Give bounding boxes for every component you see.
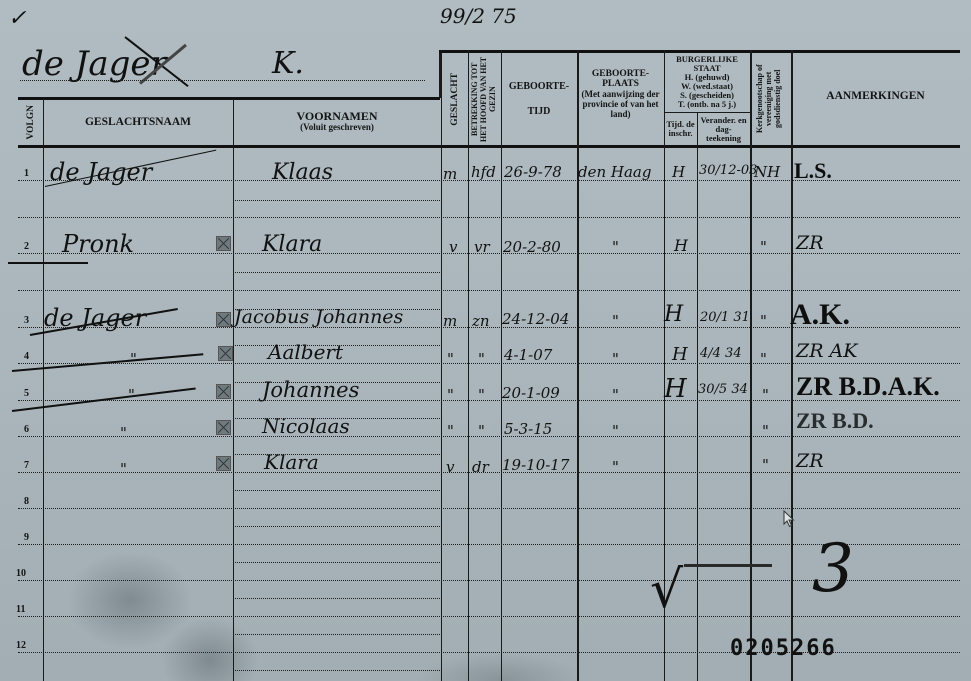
half-line	[235, 272, 440, 273]
header-burgerlijke-staat: BURGERLIJKE STAAT H. (gehuwd) W. (wed.st…	[664, 53, 750, 111]
row-line	[18, 436, 960, 437]
religion-cell: "	[760, 312, 767, 330]
row-line	[18, 290, 960, 291]
first-names-cell: Klara	[262, 232, 322, 257]
birth-date-cell: 4-1-07	[504, 346, 552, 364]
civil-status-cell: H	[672, 163, 685, 181]
status-change-cell: 30/12-03	[699, 163, 757, 178]
religion-cell: "	[762, 456, 769, 474]
half-line	[235, 634, 440, 635]
header-dotted-line	[20, 80, 425, 81]
header-volgn: VOLGN	[18, 100, 43, 144]
birth-date-cell: 20-1-09	[502, 384, 560, 402]
scribble-mark: 3	[812, 530, 854, 607]
civil-status-cell: H	[664, 302, 683, 327]
first-names-cell: Klara	[264, 450, 319, 474]
personal-card: ✓ 99/2 75 de Jager K. VOLGN GESLACHTSNAA…	[0, 0, 971, 681]
surname-cell: "	[120, 424, 127, 442]
header-aanmerkingen: AANMERKINGEN	[791, 54, 960, 138]
row-number: 6	[24, 424, 29, 435]
half-line	[235, 490, 440, 491]
surname-cell: Pronk	[62, 230, 134, 258]
row-number: 4	[24, 351, 29, 362]
first-names-cell: Jacobus Johannes	[234, 306, 403, 328]
relation-cell: "	[478, 350, 485, 368]
row-number: 12	[16, 640, 26, 651]
relation-cell: "	[478, 422, 485, 440]
sex-cell: "	[447, 422, 454, 440]
geboortetijd-line2: TIJD	[528, 106, 551, 117]
col-line	[750, 50, 752, 681]
birth-place-cell: "	[612, 350, 619, 368]
header-geboortetijd: GEBOORTE- TIJD	[501, 54, 577, 144]
check-mark: ✓	[8, 6, 26, 31]
religion-cell: "	[762, 386, 769, 404]
col-line	[697, 113, 698, 681]
remarks-cell: ZR	[796, 450, 824, 472]
checkbox-marked	[216, 420, 231, 435]
half-line	[235, 526, 440, 527]
birth-date-cell: 19-10-17	[502, 456, 569, 474]
relation-cell: "	[478, 386, 485, 404]
voornamen-label: VOORNAMEN	[296, 111, 377, 122]
col-line	[441, 50, 442, 681]
bs-t: T. (ontb. na 5 j.)	[678, 100, 736, 109]
sex-cell: v	[449, 238, 457, 256]
root-sign-mark: √	[650, 560, 683, 620]
birth-date-cell: 20-2-80	[503, 238, 561, 256]
row-number: 2	[24, 241, 29, 252]
row-number: 7	[24, 460, 29, 471]
row-number: 5	[24, 388, 29, 399]
header-geslachtsnaam: GESLACHTSNAAM	[43, 100, 233, 144]
row-number: 8	[24, 496, 29, 507]
row-number: 1	[24, 168, 29, 179]
remarks-stamp: ZR B.D.A.K.	[796, 372, 940, 402]
remarks-cell: ZR AK	[796, 340, 857, 362]
religion-cell: "	[760, 238, 767, 256]
checkbox-marked	[216, 384, 231, 399]
half-line	[235, 598, 440, 599]
remarks-stamp: A.K.	[790, 298, 850, 332]
relation-cell: hfd	[471, 163, 496, 181]
status-change-cell: 20/1 31	[700, 310, 750, 325]
half-line	[235, 200, 440, 201]
header-bottom-rule	[18, 145, 960, 148]
birth-place-cell: den Haag	[578, 163, 651, 181]
row-line	[18, 616, 960, 617]
religion-cell: NH	[754, 163, 780, 181]
bs-sub-rule	[664, 112, 750, 113]
voornamen-sub: (Voluit geschreven)	[300, 122, 374, 133]
remarks-stamp: L.S.	[794, 158, 832, 184]
birth-date-cell: 24-12-04	[502, 310, 569, 328]
row-line	[18, 217, 960, 218]
row-number: 10	[16, 568, 26, 579]
serial-number: 0205266	[730, 636, 837, 661]
civil-status-cell: H	[674, 236, 688, 255]
col-line	[501, 50, 502, 681]
birth-place-cell: "	[612, 312, 619, 330]
header-geboorteplaats: GEBOORTE- PLAATS (Met aanwijzing der pro…	[577, 64, 664, 124]
checkbox-marked	[216, 236, 231, 251]
header-verander: Verander. en dag- teekening	[697, 114, 750, 144]
birth-date-cell: 5-3-15	[504, 420, 552, 438]
checkbox-marked	[216, 312, 231, 327]
first-names-cell: Klaas	[272, 160, 333, 185]
status-change-cell: 30/5 34	[698, 382, 748, 397]
header-voornamen: VOORNAMEN (Voluit geschreven)	[233, 100, 441, 144]
sex-cell: "	[447, 350, 454, 368]
birth-place-cell: "	[612, 422, 619, 440]
checkbox-marked	[218, 346, 233, 361]
geboortetijd-line1: GEBOORTE-	[509, 81, 569, 92]
header-betrekking: BETREKKING TOT HET HOOFD VAN HET GEZIN	[468, 54, 501, 144]
religion-cell: "	[760, 350, 767, 368]
bs-title: BURGERLIJKE STAAT	[672, 55, 742, 73]
col-line	[233, 98, 234, 681]
relation-cell: zn	[472, 312, 490, 330]
religion-cell: "	[762, 422, 769, 440]
half-line	[235, 670, 440, 671]
first-names-cell: Aalbert	[268, 340, 343, 364]
half-line	[235, 562, 440, 563]
sex-cell: "	[447, 386, 454, 404]
col-line	[791, 50, 793, 681]
first-names-cell: Nicolaas	[262, 414, 350, 438]
row-number: 9	[24, 532, 29, 543]
checkbox-marked	[216, 456, 231, 471]
top-annotation: 99/2 75	[440, 4, 517, 28]
root-sign-bar	[684, 564, 772, 567]
header-tijd-inschr: Tijd. de inschr.	[664, 114, 697, 144]
row-number: 3	[24, 315, 29, 326]
family-initial: K.	[272, 46, 304, 81]
col-line	[468, 50, 469, 681]
birth-place-cell: "	[612, 238, 619, 256]
birth-date-cell: 26-9-78	[504, 163, 562, 181]
status-change-cell: 4/4 34	[700, 346, 742, 361]
relation-cell: dr	[472, 458, 489, 476]
row-line	[18, 472, 960, 473]
surname-underline	[8, 262, 88, 264]
header-geslacht: GESLACHT	[441, 54, 468, 144]
remarks-cell: ZR	[796, 232, 824, 254]
birth-place-cell: "	[612, 458, 619, 476]
civil-status-cell: H	[664, 374, 687, 404]
relation-cell: vr	[474, 238, 490, 256]
row-number: 11	[16, 604, 25, 615]
first-names-cell: Johannes	[262, 378, 359, 402]
geboorteplaats-line2: PLAATS	[602, 79, 639, 89]
row-line	[18, 508, 960, 509]
birth-place-cell: "	[612, 386, 619, 404]
sex-cell: m	[443, 165, 457, 183]
geboorteplaats-sub: (Met aanwijzing der provincie of van het…	[579, 89, 663, 119]
row-line	[18, 363, 960, 364]
geboorteplaats-line1: GEBOORTE-	[592, 69, 649, 79]
mouse-cursor-icon	[783, 510, 795, 533]
sex-cell: v	[446, 458, 454, 476]
civil-status-cell: H	[672, 344, 688, 365]
header-kerkgenootschap: Kerkgenootschap of vereeniging met godsd…	[750, 54, 791, 144]
remarks-stamp: ZR B.D.	[796, 408, 874, 434]
surname-cell: "	[120, 460, 127, 478]
col-line	[577, 50, 579, 681]
sex-cell: m	[443, 312, 457, 330]
